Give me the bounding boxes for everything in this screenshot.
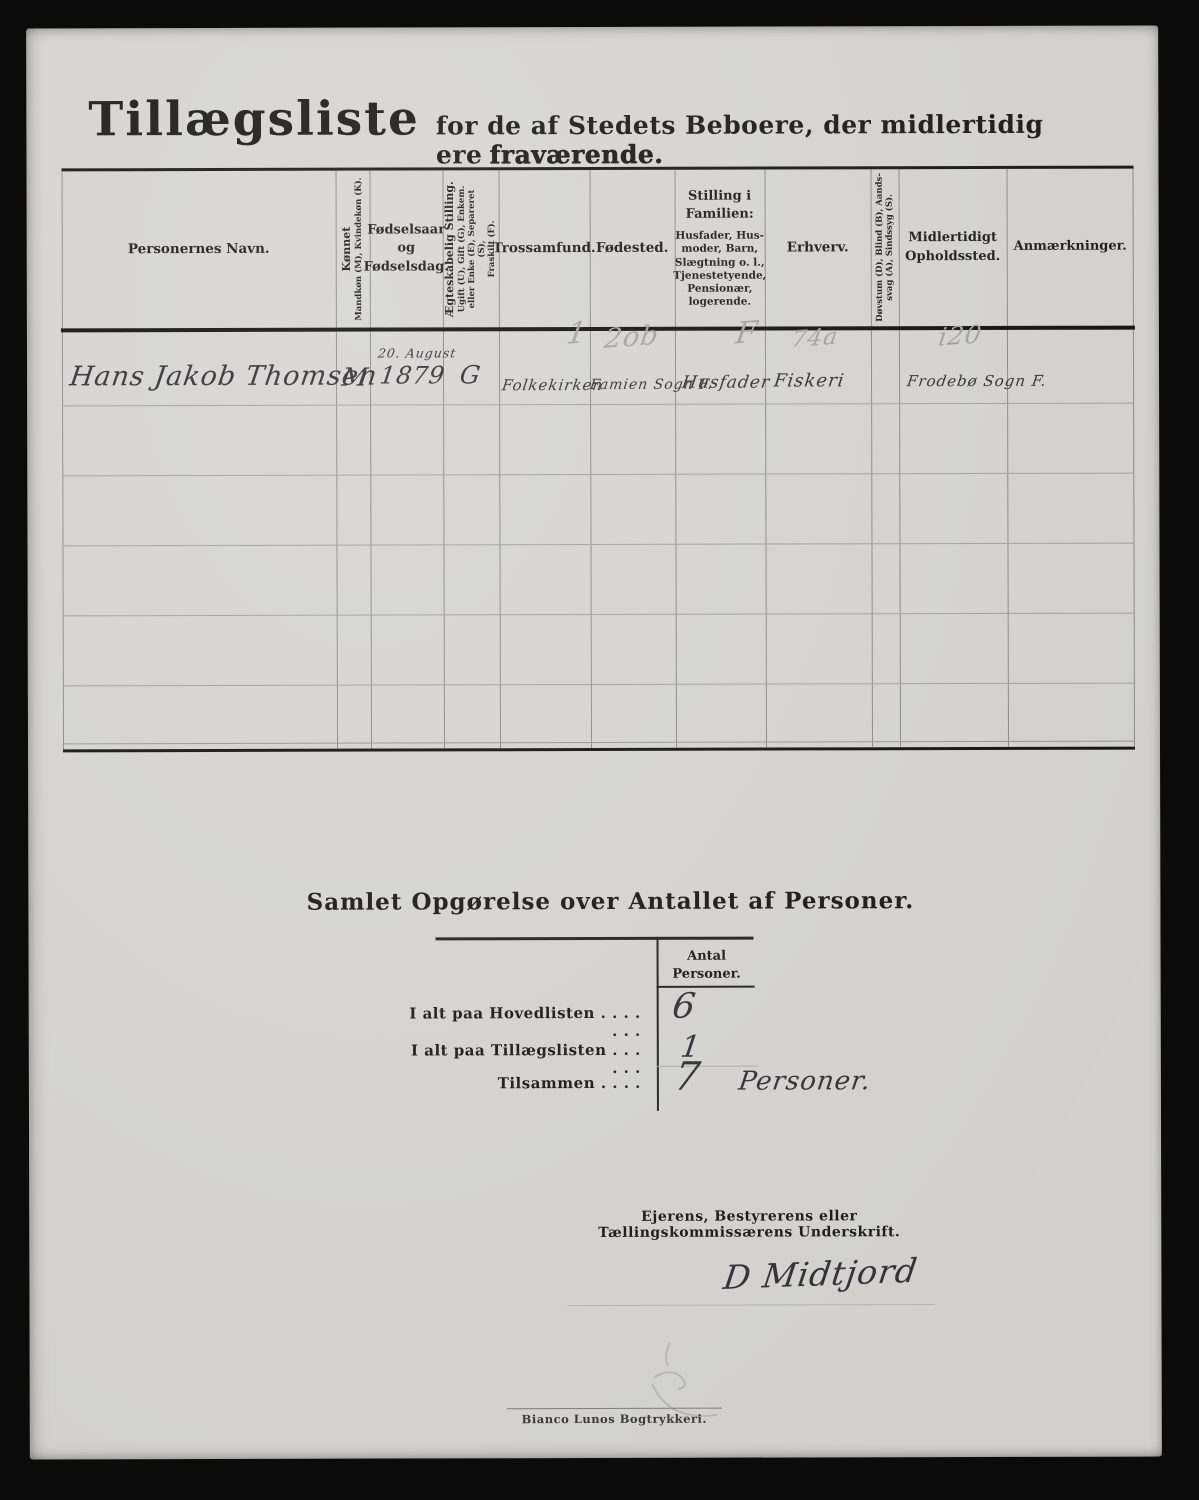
header-erhverv-label: Erhverv. bbox=[787, 238, 849, 258]
header-doevstum: Døvstum (D), Blind (B), Aands- svag (A),… bbox=[871, 169, 899, 326]
summary-hovedlisten-label: I alt paa Hovedlisten . . . . . . . bbox=[407, 1004, 641, 1041]
header-koennet-title: Kønnet bbox=[341, 227, 354, 272]
form-title-rest: for de af Stedets Beboere, der midlertid… bbox=[436, 110, 1134, 170]
header-doevstum-line2: svag (A), Sindssyg (S). bbox=[885, 194, 895, 301]
summary-top-rule bbox=[436, 937, 754, 941]
header-erhverv: Erhverv. bbox=[765, 169, 871, 326]
entry-sex: M bbox=[340, 363, 371, 392]
summary-tilsammen-note: Personer. bbox=[737, 1066, 873, 1096]
scanned-document: Tillægsliste for de af Stedets Beboere, … bbox=[0, 0, 1199, 1500]
header-trossamfund-label: Trossamfund. bbox=[493, 239, 596, 259]
summary-tillaegslisten-label: I alt paa Tillægslisten . . . . . . bbox=[407, 1041, 641, 1078]
summary-tilsammen-value: 7 bbox=[672, 1055, 704, 1100]
census-form-page: Tillægsliste for de af Stedets Beboere, … bbox=[26, 26, 1162, 1460]
form-title-emphasis: fraværende. bbox=[489, 140, 663, 169]
header-midlertidigt: Midlertidigt Opholdssted. bbox=[899, 169, 1007, 326]
pencil-mark-74a: 74a bbox=[790, 324, 840, 353]
header-anmaerkninger-label: Anmærkninger. bbox=[1014, 238, 1127, 256]
header-aegteskabelig: Ægteskabelig Stilling. Ugift (U), Gift (… bbox=[443, 170, 499, 327]
signature-line bbox=[567, 1304, 935, 1306]
header-aegteskabelig-sub: Ugift (U), Gift (G), Enkem. eller Enke (… bbox=[456, 181, 497, 317]
persons-table: Personernes Navn. Kønnet Mandkøn (M), Kv… bbox=[61, 166, 1135, 753]
header-stilling-stack: Stilling i Familien: Husfader, Hus- mode… bbox=[673, 187, 766, 308]
entry-birthday: 20. August bbox=[377, 345, 457, 360]
header-doevstum-line1: Døvstum (D), Blind (B), Aands- bbox=[874, 173, 885, 322]
table-row-line bbox=[63, 613, 1135, 617]
header-doevstum-rotated: Døvstum (D), Blind (B), Aands- svag (A),… bbox=[874, 173, 895, 322]
header-stilling: Stilling i Familien: Husfader, Hus- mode… bbox=[675, 170, 765, 327]
header-personernes-navn: Personernes Navn. bbox=[62, 171, 336, 329]
form-title: Tillægsliste for de af Stedets Beboere, … bbox=[88, 90, 1133, 171]
entry-family-position: Husfader bbox=[681, 373, 772, 393]
header-trossamfund: Trossamfund. bbox=[499, 170, 590, 327]
table-bottom-thin-line bbox=[63, 741, 1135, 745]
entry-birthyear: 1879 bbox=[378, 361, 447, 389]
entry-name: Hans Jakob Thomsen bbox=[68, 361, 380, 393]
header-foedselsaar: Fødselsaar og Fødselsdag. bbox=[370, 170, 443, 327]
summary-tilsammen-label: Tilsammen . . . . bbox=[459, 1074, 641, 1092]
pencil-mark-2ob: 2ob bbox=[602, 320, 661, 355]
form-title-main: Tillægsliste bbox=[88, 91, 420, 147]
summary-hovedlisten-value: 6 bbox=[670, 987, 699, 1027]
signature-label: Ejerens, Bestyrerens eller Tællingskommi… bbox=[549, 1208, 949, 1241]
entry-temporary-residence: Frodebø Sogn F. bbox=[906, 372, 1048, 390]
table-row-line bbox=[62, 403, 1134, 407]
header-stilling-title: Stilling i Familien: bbox=[686, 188, 754, 225]
table-row-line bbox=[62, 543, 1134, 547]
header-foedested: Fødested. bbox=[590, 170, 675, 327]
summary-column-header: Antal Personer. bbox=[659, 948, 755, 983]
header-aegteskabelig-title: Ægteskabelig Stilling. bbox=[444, 181, 457, 317]
header-stilling-sub: Husfader, Hus- moder, Barn, Slægtning o.… bbox=[673, 230, 766, 309]
signature-handwritten: D Midtjord bbox=[721, 1251, 920, 1297]
pencil-mark-i20: i20 bbox=[937, 320, 984, 352]
header-navn-label: Personernes Navn. bbox=[128, 240, 270, 260]
header-foedselsaar-label: Fødselsaar og Fødselsdag. bbox=[364, 222, 449, 277]
entry-marital-status: G bbox=[458, 360, 483, 389]
header-midlertidigt-label: Midlertidigt Opholdssted. bbox=[905, 229, 1000, 266]
header-aegteskabelig-rotated: Ægteskabelig Stilling. Ugift (U), Gift (… bbox=[444, 181, 498, 317]
table-row-line bbox=[62, 473, 1134, 477]
summary-header-rule bbox=[657, 986, 755, 988]
entry-occupation: Fiskeri bbox=[773, 370, 846, 391]
table-row-line bbox=[63, 683, 1135, 687]
pencil-mark-f: F bbox=[733, 315, 760, 352]
summary-heading: Samlet Opgørelse over Antallet af Person… bbox=[300, 887, 920, 916]
header-foedested-label: Fødested. bbox=[596, 239, 669, 259]
header-anmaerkninger: Anmærkninger. bbox=[1006, 169, 1133, 326]
footer-imprint: Bianco Lunos Bogtrykkeri. bbox=[497, 1412, 732, 1427]
header-koennet-rotated: Kønnet Mandkøn (M), Kvindekøn (K). bbox=[341, 177, 364, 320]
pencil-mark-1: 1 bbox=[564, 315, 589, 351]
